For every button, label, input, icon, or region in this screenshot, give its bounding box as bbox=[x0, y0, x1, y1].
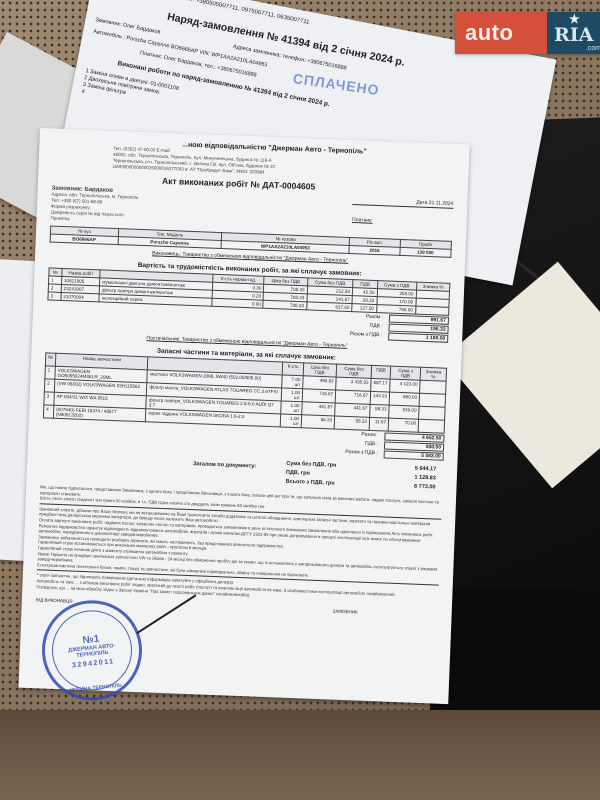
table-cell: 716.67 bbox=[335, 390, 370, 404]
company-seal: №1 ДЖЕРМАН АВТО-ТЕРНОПІЛЬ 32942011 УКРАЇ… bbox=[37, 596, 147, 706]
document-total-row-value: 5 644.17 bbox=[415, 466, 437, 473]
vehicle-year: 2016 bbox=[349, 245, 400, 255]
act-payer-label: Платник: bbox=[352, 217, 373, 224]
table-cell: 441.67 bbox=[302, 402, 336, 416]
document-total-row-label: Сума без ПДВ, грн bbox=[286, 461, 336, 469]
table-cell bbox=[415, 306, 449, 315]
act-of-works-sheet: ...ною відповідальністю "Джерман Авто - … bbox=[19, 128, 470, 704]
customer-signature-label: ЗАМОВНИК bbox=[332, 609, 357, 615]
table-cell: 687.17 bbox=[371, 378, 391, 392]
table-cell: 1 bbox=[45, 366, 55, 379]
column-header: К-сть bbox=[282, 362, 303, 376]
parts-table: №Назва запчастиниК-стьЦіна без ПДВСума б… bbox=[43, 352, 447, 433]
table-cell: 0.90 bbox=[212, 298, 264, 308]
document-total-row-value: 6 773.00 bbox=[414, 484, 436, 491]
total-label: Разом з ПДВ : bbox=[345, 449, 378, 458]
table-cell: 127.50 bbox=[352, 304, 377, 313]
total-label: Разом з ПДВ : bbox=[350, 331, 383, 340]
total-label: Разом : bbox=[361, 432, 378, 441]
autoria-logo: auto ★ RIA .com bbox=[455, 12, 600, 54]
signature-stroke bbox=[136, 594, 196, 634]
table-cell: 708.33 bbox=[263, 300, 306, 310]
column-header: Ціна без ПДВ bbox=[303, 363, 337, 377]
total-label: Разом : bbox=[366, 314, 383, 323]
table-cell: 637.50 bbox=[306, 302, 352, 312]
column-header: ПДВ bbox=[371, 365, 391, 379]
table-cell: 716.67 bbox=[302, 389, 336, 403]
table-cell: 3 bbox=[48, 292, 61, 300]
table-cell bbox=[419, 406, 445, 420]
vehicle-plate: BO6666AP bbox=[50, 234, 118, 245]
table-cell: 3 bbox=[44, 392, 54, 405]
table-cell: 58.33 bbox=[301, 415, 335, 429]
logo-auto: auto bbox=[455, 12, 547, 54]
table-cell: 21070004 bbox=[61, 292, 100, 301]
table-cell: 88.33 bbox=[370, 404, 390, 418]
column-header: Знижка % bbox=[420, 367, 446, 381]
table-cell: 7.00 шт bbox=[282, 375, 303, 389]
executor-signature-label: ВІД ВИКОНАВЦЯ bbox=[36, 597, 73, 603]
table-cell: 1.00 шт bbox=[281, 401, 302, 415]
order-row: 4 bbox=[81, 89, 85, 95]
terms-fine-print: Ми, що нижче підписалися, представники З… bbox=[36, 484, 442, 604]
table-cell: 11.67 bbox=[369, 417, 389, 431]
table-cell: 70.00 bbox=[388, 418, 419, 432]
table-cell: 441.67 bbox=[335, 403, 370, 417]
table-cell: 4 bbox=[43, 405, 53, 418]
act-date: Дата 21.11.2024 bbox=[353, 197, 454, 209]
total-value: 1 190.00 bbox=[388, 333, 448, 343]
document-total-row-value: 1 128.83 bbox=[414, 475, 436, 482]
table-cell: 860.00 bbox=[389, 392, 420, 406]
table-cell: 490.83 bbox=[303, 376, 337, 390]
table-cell bbox=[420, 380, 446, 394]
total-value: 5 583.00 bbox=[384, 450, 444, 460]
document-total-row-label: ПДВ, грн bbox=[286, 470, 310, 477]
act-customer-block: Замовник: Бардаков Адреса: обл. Тернопіл… bbox=[50, 185, 138, 224]
document-total-label: Загалом по документу: bbox=[41, 451, 257, 486]
table-cell: (007640) FEBI 15374 / 48877 (N90813202) bbox=[53, 405, 146, 422]
total-label: ПДВ : bbox=[369, 323, 382, 331]
table-cell: 1.00 шт bbox=[281, 388, 302, 402]
table-cell bbox=[418, 419, 444, 433]
table-cell: 2 bbox=[44, 379, 54, 392]
document-total-row-label: Всього з ПДВ, грн bbox=[285, 479, 334, 487]
paid-stamp: СПЛАЧЕНО bbox=[292, 70, 381, 98]
table-cell: 143.33 bbox=[370, 391, 390, 405]
column-header: Сума з ПДВ bbox=[390, 366, 421, 380]
star-icon: ★ bbox=[569, 12, 580, 26]
column-header: Сума без ПДВ bbox=[336, 364, 371, 378]
table-cell: 765.00 bbox=[376, 305, 415, 314]
table-cell: 58.33 bbox=[334, 416, 369, 430]
logo-ria: ★ RIA .com bbox=[547, 12, 600, 54]
works-totals: Разом :991.67ПДВ :198.33Разом з ПДВ :1 1… bbox=[288, 311, 449, 343]
total-label: ПДВ : bbox=[365, 441, 378, 449]
table-cell: 3 435.83 bbox=[336, 377, 371, 391]
table-cell: 4 123.00 bbox=[390, 379, 421, 393]
seat-edge bbox=[0, 710, 600, 800]
vehicle-mileage: 139 030 bbox=[400, 247, 452, 257]
table-cell bbox=[419, 393, 445, 407]
parts-totals: Разом :4 652.50ПДВ :930.50Разом з ПДВ :5… bbox=[284, 429, 445, 461]
table-cell: 1.00 шт bbox=[280, 414, 301, 428]
table-cell: 530.00 bbox=[389, 405, 420, 419]
column-header: № bbox=[45, 353, 55, 366]
